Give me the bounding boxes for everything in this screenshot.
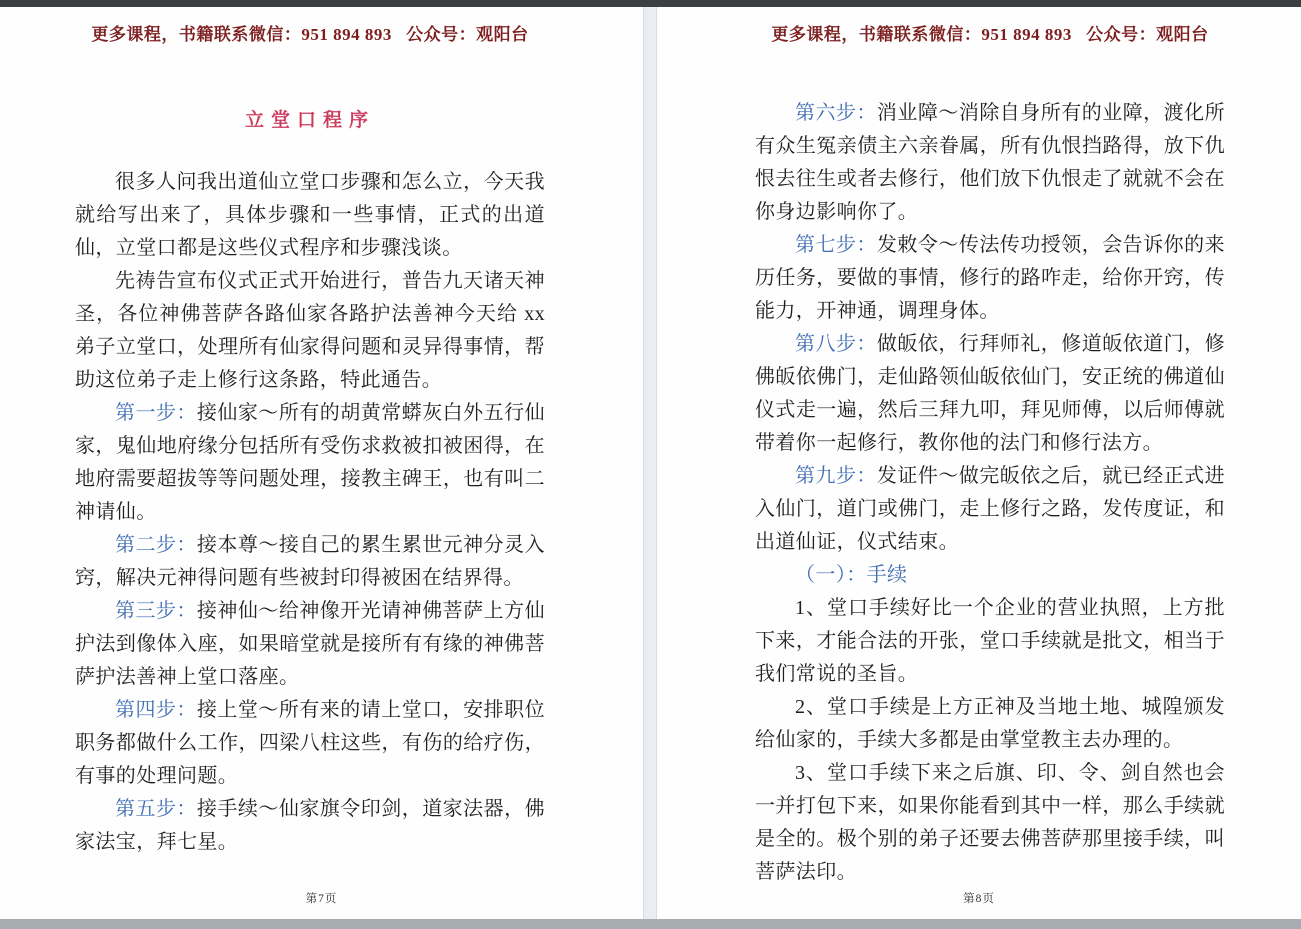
top-border-bar xyxy=(0,0,1301,7)
step-paragraph: 第五步：接手续～仙家旗令印剑，道家法器，佛家法宝，拜七星。 xyxy=(75,793,545,859)
page-gutter xyxy=(643,7,657,919)
document-title: 立堂口程序 xyxy=(75,105,545,132)
body-paragraph: 先祷告宣布仪式正式开始进行，普告九天诸天神圣，各位神佛菩萨各路仙家各路护法善神今… xyxy=(75,265,545,397)
body-paragraph: 2、堂口手续是上方正神及当地土地、城隍颁发给仙家的，手续大多都是由掌堂教主去办理… xyxy=(755,691,1225,757)
page-8: 更多课程，书籍联系微信：951 894 893 公众号：观阳台 第六步：消业障～… xyxy=(657,7,1301,919)
step-paragraph: 第一步：接仙家～所有的胡黄常蟒灰白外五行仙家，鬼仙地府缘分包括所有受伤求救被扣被… xyxy=(75,397,545,529)
watermark-header: 更多课程，书籍联系微信：951 894 893 公众号：观阳台 xyxy=(755,20,1225,45)
body-paragraph: 3、堂口手续下来之后旗、印、令、剑自然也会一并打包下来，如果你能看到其中一样，那… xyxy=(755,757,1225,889)
body-paragraph: 很多人问我出道仙立堂口步骤和怎么立，今天我就给写出来了，具体步骤和一些事情，正式… xyxy=(75,166,545,265)
step-label: 第六步： xyxy=(795,102,877,124)
page-7: 更多课程，书籍联系微信：951 894 893 公众号：观阳台 立堂口程序 很多… xyxy=(0,7,643,919)
step-paragraph: 第四步：接上堂～所有来的请上堂口，安排职位职务都做什么工作，四梁八柱这些，有伤的… xyxy=(75,694,545,793)
watermark-header: 更多课程，书籍联系微信：951 894 893 公众号：观阳台 xyxy=(75,20,545,45)
page-number: 第8页 xyxy=(657,890,1301,906)
step-label: 第一步： xyxy=(115,402,197,424)
body-paragraph: 1、堂口手续好比一个企业的营业执照，上方批下来，才能合法的开张，堂口手续就是批文… xyxy=(755,592,1225,691)
step-label: 第七步： xyxy=(795,234,877,256)
page-number: 第7页 xyxy=(0,890,643,906)
pdf-viewer: 更多课程，书籍联系微信：951 894 893 公众号：观阳台 立堂口程序 很多… xyxy=(0,0,1301,929)
step-label: 第五步： xyxy=(115,798,197,820)
page-spread: 更多课程，书籍联系微信：951 894 893 公众号：观阳台 立堂口程序 很多… xyxy=(0,7,1301,919)
step-label: 第八步： xyxy=(795,333,877,355)
page-body: 很多人问我出道仙立堂口步骤和怎么立，今天我就给写出来了，具体步骤和一些事情，正式… xyxy=(75,166,545,859)
step-paragraph: 第九步：发证件～做完皈依之后，就已经正式进入仙门，道门或佛门，走上修行之路，发传… xyxy=(755,460,1225,559)
step-paragraph: 第六步：消业障～消除自身所有的业障，渡化所有众生冤亲债主六亲眷属，所有仇恨挡路得… xyxy=(755,97,1225,229)
step-label: 第九步： xyxy=(795,465,877,487)
bottom-border-bar xyxy=(0,919,1301,929)
step-label: 第二步： xyxy=(115,534,197,556)
step-label: 第三步： xyxy=(115,600,197,622)
step-paragraph: 第八步：做皈依，行拜师礼，修道皈依道门，修佛皈依佛门，走仙路领仙皈依仙门，安正统… xyxy=(755,328,1225,460)
step-label: 第四步： xyxy=(115,699,197,721)
step-paragraph: 第三步：接神仙～给神像开光请神佛菩萨上方仙护法到像体入座，如果暗堂就是接所有有缘… xyxy=(75,595,545,694)
step-paragraph: 第二步：接本尊～接自己的累生累世元神分灵入窍，解决元神得问题有些被封印得被困在结… xyxy=(75,529,545,595)
step-label: （一）：手续 xyxy=(795,564,907,586)
step-paragraph: 第七步：发敕令～传法传功授领，会告诉你的来历任务，要做的事情，修行的路咋走，给你… xyxy=(755,229,1225,328)
section-heading: （一）：手续 xyxy=(755,559,1225,592)
page-body: 第六步：消业障～消除自身所有的业障，渡化所有众生冤亲债主六亲眷属，所有仇恨挡路得… xyxy=(755,97,1225,889)
